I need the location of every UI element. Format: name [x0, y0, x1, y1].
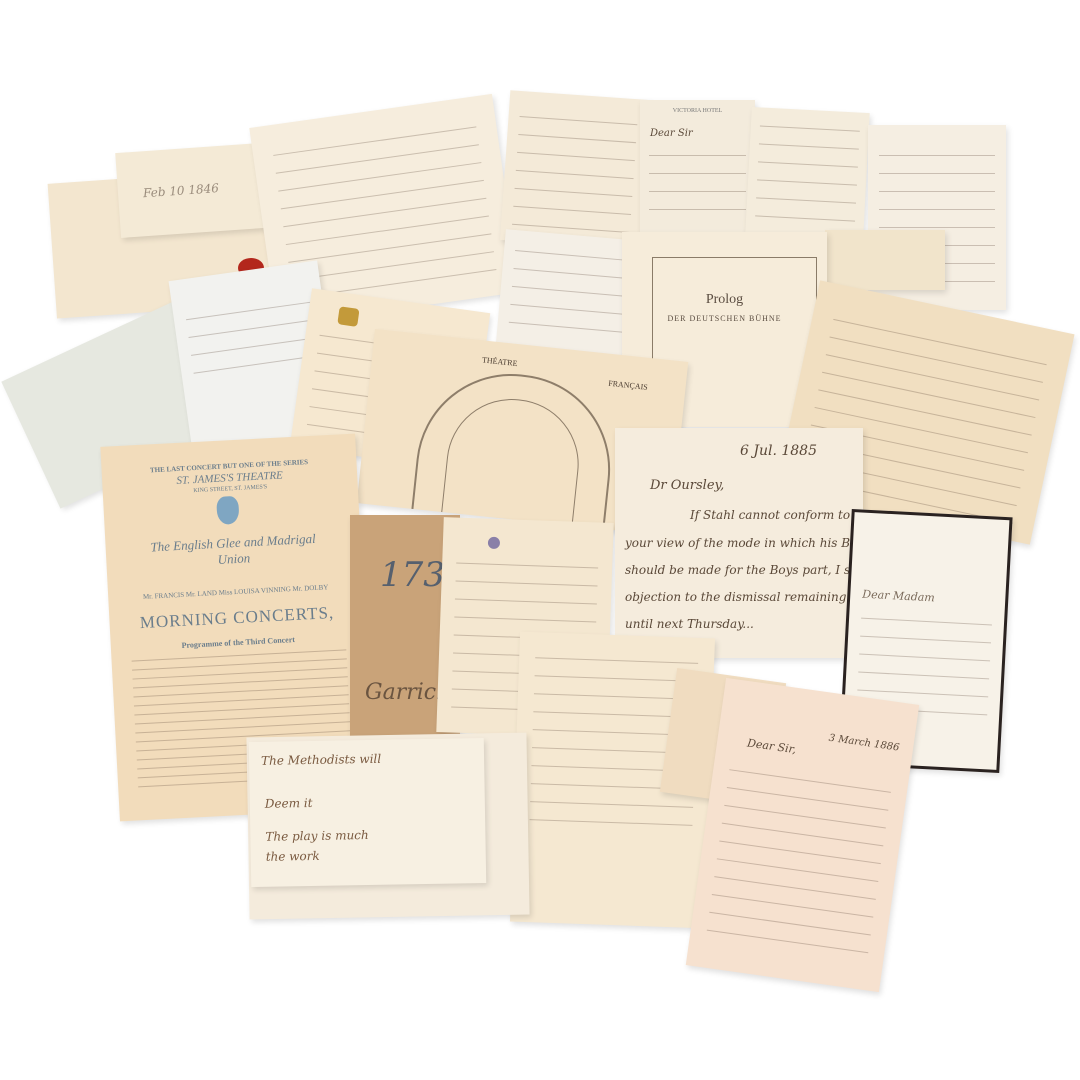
letterhead-header: VICTORIA HOTEL — [640, 108, 755, 114]
pink-letter-date: 3 March 1886 — [828, 733, 900, 754]
monogram-icon — [488, 537, 500, 549]
letterhead-salutation: Dear Sir — [650, 128, 693, 139]
envelope-card: Feb 10 1846 — [115, 143, 266, 238]
small-note-right — [825, 230, 945, 290]
letter-1885-line: until next Thursday... — [625, 617, 754, 631]
note-line: The play is much — [265, 828, 369, 844]
pink-letter-salutation: Dear Sir, — [746, 736, 797, 756]
letterhead-note: VICTORIA HOTEL Dear Sir — [640, 100, 755, 235]
letter-1885-line: your view of the mode in which his Bows — [625, 536, 863, 550]
programme-headline: MORNING CONCERTS, — [109, 601, 365, 634]
folder-number: 173 — [380, 555, 445, 595]
envelope-card-text: Feb 10 1846 — [143, 181, 220, 200]
letter-1885-salutation: Dr Oursley, — [650, 478, 724, 493]
mourning-salutation: Dear Madam — [862, 588, 935, 605]
note-line: the work — [266, 849, 320, 864]
letter-french — [500, 90, 650, 249]
note-line: Deem it — [265, 796, 313, 811]
letter-1885-line: If Stahl cannot conform to — [690, 508, 850, 522]
gold-crest-icon — [337, 306, 359, 327]
programme-performers: Mr. FRANCIS Mr. LAND Miss LOUISA VINNING… — [128, 582, 343, 601]
letter-1885-date: 6 Jul. 1885 — [740, 443, 817, 459]
letter-1885: 6 Jul. 1885 Dr Oursley, If Stahl cannot … — [615, 428, 863, 658]
programme-title: The English Glee and Madrigal Union — [145, 531, 321, 572]
pink-letter: 3 March 1886 Dear Sir, — [686, 678, 919, 992]
small-handwritten-note: The Methodists will Deem it The play is … — [249, 738, 486, 887]
letter-1885-line: should be made for the Boys part, I see … — [625, 563, 863, 577]
prolog-title: Prolog — [622, 292, 827, 308]
prolog-subtitle: DER DEUTSCHEN BÜHNE — [622, 314, 827, 323]
letter-1885-line: objection to the dismissal remaining — [625, 590, 846, 604]
note-line: The Methodists will — [261, 752, 381, 768]
royal-crest-icon — [216, 496, 239, 525]
